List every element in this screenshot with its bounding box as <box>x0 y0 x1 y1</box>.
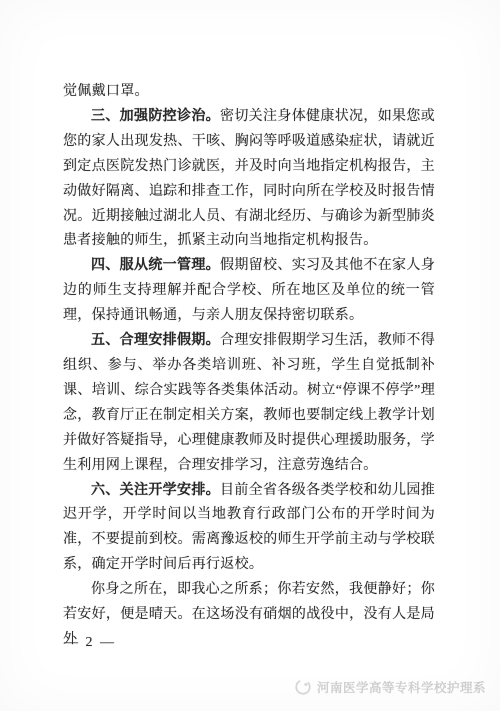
section-heading: 三、加强防控诊治。 <box>91 109 220 124</box>
section-heading: 五、合理安排假期。 <box>91 333 220 348</box>
document-page: 觉佩戴口罩。 三、加强防控诊治。密切关注身体健康状况，如果您或您的家人出现发热、… <box>0 0 500 711</box>
paragraph-text: 合理安排假期学习生活，教师不得组织、参与、举办各类培训班、补习班，学生自觉抵制补… <box>63 333 435 473</box>
paragraph: 觉佩戴口罩。 <box>63 80 435 105</box>
paragraph: 五、合理安排假期。合理安排假期学习生活，教师不得组织、参与、举办各类培训班、补习… <box>63 329 435 478</box>
section-heading: 四、服从统一管理。 <box>91 258 220 273</box>
paragraph-text: 密切关注身体健康状况，如果您或您的家人出现发热、干咳、胸闷等呼吸道感染症状，请就… <box>63 109 435 249</box>
footer-brand-text: 河南医学高等专科学校护理系 <box>317 678 486 696</box>
paragraph: 六、关注开学安排。目前全省各级各类学校和幼儿园推迟开学，开学时间以当地教育行政部… <box>63 479 435 579</box>
paragraph: 三、加强防控诊治。密切关注身体健康状况，如果您或您的家人出现发热、干咳、胸闷等呼… <box>63 105 435 254</box>
footer-watermark: 河南医学高等专科学校护理系 <box>294 678 486 696</box>
document-body: 觉佩戴口罩。 三、加强防控诊治。密切关注身体健康状况，如果您或您的家人出现发热、… <box>63 80 435 653</box>
page-number: — 2 — <box>64 635 116 651</box>
paragraph-text: 觉佩戴口罩。 <box>63 84 149 99</box>
circular-emblem-logo-icon <box>294 678 312 696</box>
paragraph: 你身之所在，即我心之所系；你若安然，我便静好；你若安好，便是晴天。在这场没有硝烟… <box>63 578 435 653</box>
paragraph: 四、服从统一管理。假期留校、实习及其他不在家人身边的师生支持理解并配合学校、所在… <box>63 254 435 329</box>
section-heading: 六、关注开学安排。 <box>91 483 220 498</box>
paragraph-text: 你身之所在，即我心之所系；你若安然，我便静好；你若安好，便是晴天。在这场没有硝烟… <box>63 582 435 647</box>
